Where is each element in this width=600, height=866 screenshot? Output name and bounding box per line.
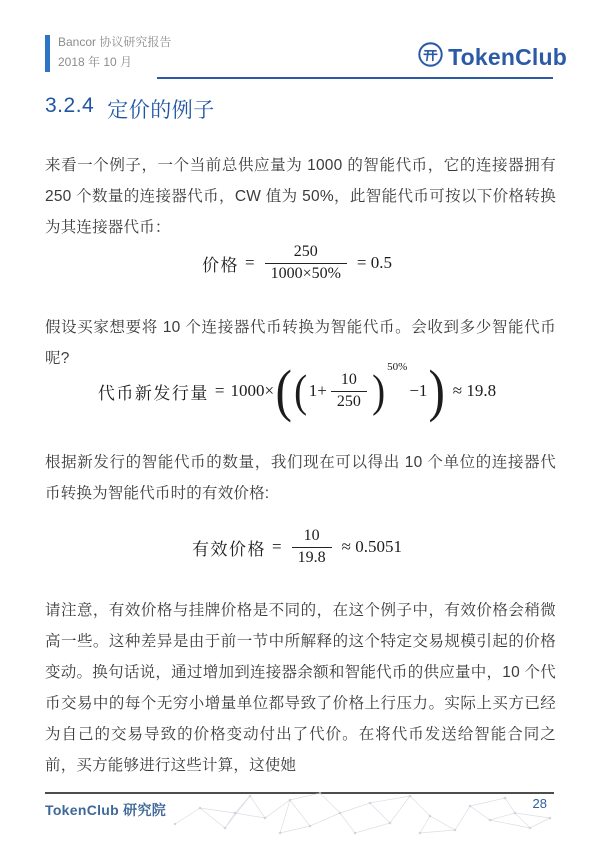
tokenclub-logo-icon: [417, 41, 444, 73]
fraction-denominator: 250: [331, 391, 367, 413]
section-title-text: 定价的例子: [107, 94, 215, 124]
paragraph-note: 请注意，有效价格与挂牌价格是不同的，在这个例子中，有效价格会稍微高一些。这种差异…: [45, 595, 556, 781]
fraction-numerator: 10: [335, 370, 363, 391]
fraction: 10 250: [331, 370, 367, 413]
document-page: Bancor 协议研究报告 2018 年 10 月 TokenClub 3.2.…: [0, 0, 600, 866]
section-number: 3.2.4: [45, 94, 94, 124]
formula-price-result: = 0.5: [357, 253, 392, 273]
report-title: Bancor 协议研究报告: [58, 32, 171, 52]
minus-one-term: −1: [409, 381, 427, 401]
exponent: 50%: [387, 361, 407, 373]
equals-sign: =: [245, 253, 255, 273]
network-watermark: [170, 786, 562, 842]
fraction: 250 1000×50%: [265, 242, 347, 285]
fraction: 10 19.8: [292, 526, 332, 569]
tokenclub-logo: TokenClub: [417, 41, 567, 73]
page-number: 28: [533, 796, 547, 811]
logo-wordmark: TokenClub: [448, 44, 567, 71]
header-accent-bar: [45, 35, 50, 72]
formula-issuance: 代币新发行量 = 1000× ( ( 1+ 10 250 ) 50% −1 ) …: [0, 353, 600, 429]
equals-sign: =: [272, 537, 282, 557]
one-plus-term: 1+: [309, 381, 327, 401]
fraction-denominator: 1000×50%: [265, 263, 347, 285]
coefficient: 1000×: [230, 381, 274, 401]
formula-issuance-result: ≈ 19.8: [453, 381, 496, 401]
report-date: 2018 年 10 月: [58, 52, 171, 72]
equals-sign: =: [215, 381, 225, 401]
section-title: 3.2.4 定价的例子: [45, 94, 215, 124]
paragraph-intro: 来看一个例子，一个当前总供应量为 1000 的智能代币，它的连接器拥有 250 …: [45, 150, 556, 243]
fraction-numerator: 250: [288, 242, 324, 263]
fraction-numerator: 10: [298, 526, 326, 547]
formula-price: 价格 = 250 1000×50% = 0.5: [0, 233, 600, 293]
paragraph-effective-intro: 根据新发行的智能代币的数量，我们现在可以得出 10 个单位的连接器代币转换为智能…: [45, 447, 556, 509]
formula-price-label: 价格: [202, 251, 239, 276]
formula-issuance-label: 代币新发行量: [98, 379, 209, 404]
formula-effective-price: 有效价格 = 10 19.8 ≈ 0.5051: [0, 516, 600, 578]
formula-effective-result: ≈ 0.5051: [342, 537, 402, 557]
footer-org: TokenClub 研究院: [45, 800, 166, 820]
header-rule: [157, 77, 553, 79]
fraction-denominator: 19.8: [292, 547, 332, 569]
header-meta: Bancor 协议研究报告 2018 年 10 月: [58, 32, 171, 72]
footer-rule: [45, 792, 554, 794]
formula-effective-label: 有效价格: [192, 535, 266, 560]
